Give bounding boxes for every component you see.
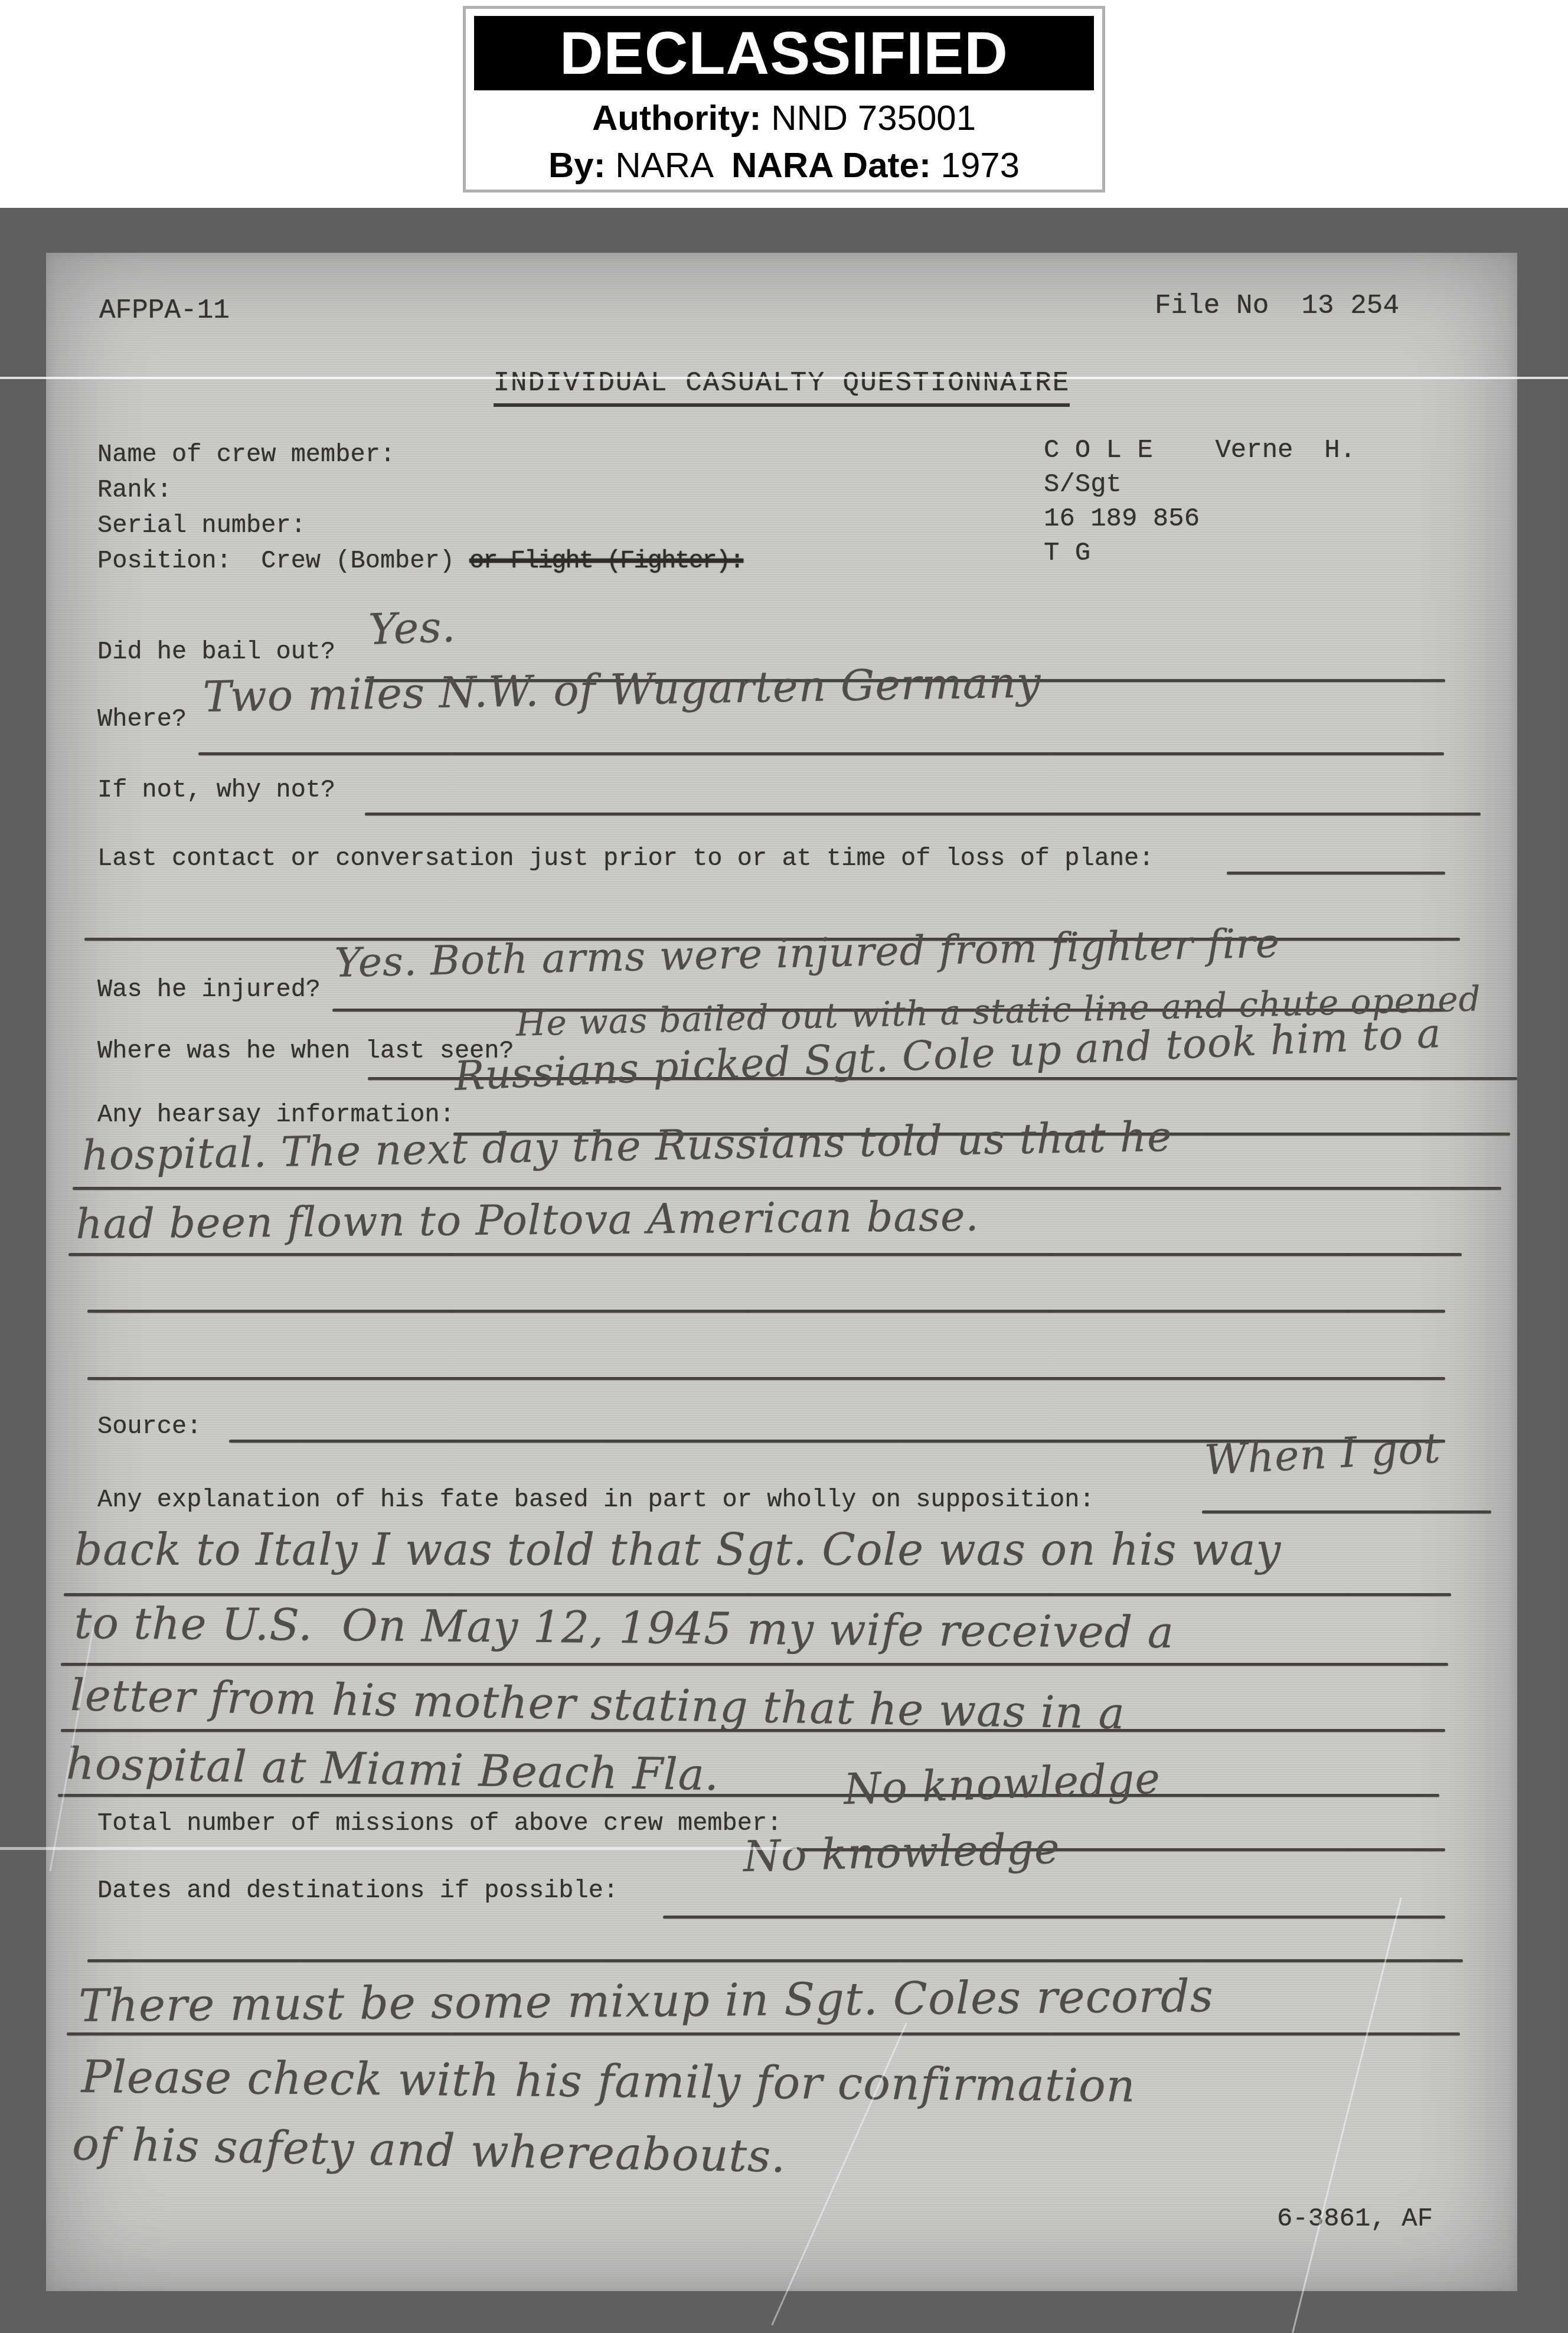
ruled-line bbox=[663, 1916, 1445, 1918]
authority-line: Authority: NND 735001 bbox=[466, 97, 1102, 138]
ruled-line bbox=[1227, 872, 1445, 875]
authority-value: NND 735001 bbox=[762, 98, 976, 138]
name-label: Name of crew member: bbox=[97, 441, 395, 469]
ruled-line bbox=[198, 752, 1444, 755]
ruled-line bbox=[365, 813, 1481, 815]
by-label: By: bbox=[548, 145, 606, 185]
serial-label: Serial number: bbox=[97, 511, 306, 540]
note-line1: There must be some mixup in Sgt. Coles r… bbox=[79, 1969, 1214, 2032]
form-number: AFPPA-11 bbox=[99, 295, 230, 326]
nara-date-value: 1973 bbox=[931, 145, 1020, 185]
lastseen-label: Where was he when last seen? bbox=[97, 1037, 514, 1065]
note-line3: of his safety and whereabouts. bbox=[71, 2117, 786, 2182]
dates-answer: No knowledge bbox=[743, 1823, 1061, 1881]
ruled-line bbox=[87, 1377, 1445, 1380]
hearsay-label: Any hearsay information: bbox=[97, 1101, 455, 1129]
page: DECLASSIFIED Authority: NND 735001 By: N… bbox=[0, 0, 1568, 2333]
position-value: T G bbox=[1044, 539, 1090, 568]
ruled-line bbox=[58, 1794, 1439, 1797]
name-value: C O L E Verne H. bbox=[1044, 436, 1355, 465]
by-line: By: NARA NARA Date: 1973 bbox=[466, 145, 1102, 185]
by-value: NARA bbox=[606, 145, 731, 185]
hearsay-answer-line3: had been flown to Poltova American base. bbox=[76, 1192, 979, 1248]
document-title-wrap: INDIVIDUAL CASUALTY QUESTIONNAIRE bbox=[46, 368, 1517, 407]
bail-label: Did he bail out? bbox=[97, 638, 335, 666]
note-line2: Please check with his family for confirm… bbox=[81, 2050, 1136, 2112]
rank-label: Rank: bbox=[97, 476, 172, 504]
missions-label: Total number of missions of above crew m… bbox=[97, 1809, 782, 1838]
ruled-line bbox=[67, 2032, 1460, 2035]
ruled-line bbox=[87, 1959, 1463, 1962]
injured-label: Was he injured? bbox=[97, 975, 321, 1004]
ruled-line bbox=[64, 1593, 1451, 1596]
lastcontact-label: Last contact or conversation just prior … bbox=[97, 844, 1154, 873]
explanation-answer-line1: When I got bbox=[1203, 1424, 1442, 1484]
ruled-line bbox=[73, 1187, 1501, 1190]
where-label: Where? bbox=[97, 705, 187, 733]
position-label: Position: Crew (Bomber) bbox=[97, 547, 469, 575]
where-answer: Two miles N.W. of Wugarten Germany bbox=[202, 657, 1041, 722]
position-struck-text: or Flight (Fighter): bbox=[469, 547, 743, 575]
serial-value: 16 189 856 bbox=[1044, 504, 1200, 534]
ruled-line bbox=[1202, 1510, 1491, 1513]
ruled-line bbox=[61, 1729, 1445, 1732]
injured-answer: Yes. Both arms were injured from fighter… bbox=[334, 920, 1280, 987]
ruled-line bbox=[61, 1663, 1448, 1666]
document-title: INDIVIDUAL CASUALTY QUESTIONNAIRE bbox=[494, 368, 1070, 407]
footer-number: 6-3861, AF bbox=[1277, 2204, 1433, 2234]
questionnaire-page: AFPPA-11 File No 13 254 INDIVIDUAL CASUA… bbox=[46, 253, 1517, 2291]
ifnot-label: If not, why not? bbox=[97, 776, 335, 804]
ruled-line bbox=[87, 1310, 1445, 1313]
position-line: Position: Crew (Bomber) or Flight (Fight… bbox=[97, 547, 743, 575]
file-number: File No 13 254 bbox=[1155, 291, 1399, 321]
bail-answer: Yes. bbox=[368, 602, 457, 654]
nara-date-label: NARA Date: bbox=[731, 145, 931, 185]
authority-label: Authority: bbox=[592, 98, 762, 138]
missions-answer: No knowledge bbox=[843, 1753, 1161, 1814]
explanation-answer-line2: back to Italy I was told that Sgt. Cole … bbox=[74, 1525, 1281, 1575]
dates-label: Dates and destinations if possible: bbox=[97, 1877, 618, 1905]
source-label: Source: bbox=[97, 1412, 201, 1441]
rank-value: S/Sgt bbox=[1044, 470, 1122, 500]
ruled-line bbox=[68, 1253, 1462, 1256]
declassified-title: DECLASSIFIED bbox=[474, 16, 1094, 90]
scanned-document: AFPPA-11 File No 13 254 INDIVIDUAL CASUA… bbox=[0, 208, 1568, 2333]
explanation-answer-line3: to the U.S. On May 12, 1945 my wife rece… bbox=[74, 1598, 1174, 1658]
explanation-answer-line5: hospital at Miami Beach Fla. bbox=[66, 1738, 719, 1800]
explanation-label: Any explanation of his fate based in par… bbox=[97, 1486, 1095, 1514]
declassified-banner: DECLASSIFIED Authority: NND 735001 By: N… bbox=[463, 6, 1105, 192]
